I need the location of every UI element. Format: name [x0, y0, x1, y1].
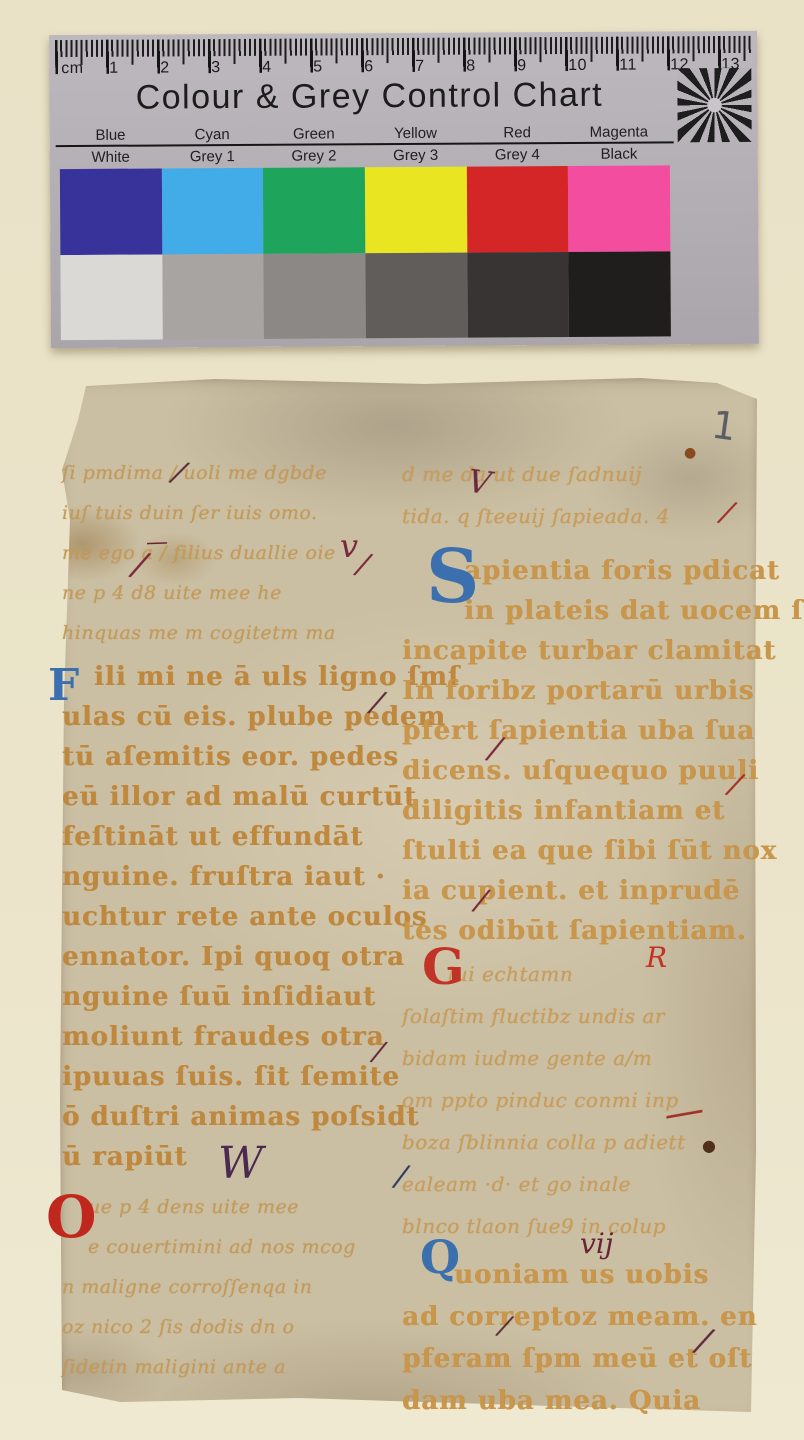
- manuscript-line: In foribz portarū urbis: [402, 676, 762, 716]
- manuscript-line: ili mi ne ā uls ligno ſmſ: [62, 662, 394, 702]
- manuscript-line: ad correptoz meam. en: [402, 1302, 762, 1344]
- ruler-number: 11: [619, 57, 637, 75]
- ruler-number: 9: [517, 57, 527, 75]
- grey-patch-row: [60, 251, 671, 340]
- manuscript-line: d me da ut due ſadnuij: [402, 462, 762, 504]
- color-patch-row: [60, 165, 671, 255]
- manuscript-line: ipuuas ſuis. ſit ſemite: [62, 1062, 394, 1102]
- color-patch-blue: [60, 168, 162, 255]
- manuscript-line: me ego a / filius duallie oie: [62, 542, 394, 582]
- ruler-number: 3: [211, 59, 221, 77]
- manuscript-line: uchtur rete ante oculos: [62, 902, 394, 942]
- ruler-number: 7: [415, 58, 425, 76]
- manuscript-line: dicens. uſquequo puuli: [402, 756, 762, 796]
- manuscript-line: incapite turbar clamitat: [402, 636, 762, 676]
- ruler-number: 4: [262, 59, 272, 77]
- colour-control-chart: cm 1 2 3 4 5 6 7 8 9 10 11 12 13 Colour …: [49, 31, 759, 348]
- grey-patch-3: [365, 253, 467, 339]
- grey-patch-black: [569, 251, 671, 337]
- color-patch-red: [467, 166, 569, 253]
- photograph-page: cm 1 2 3 4 5 6 7 8 9 10 11 12 13 Colour …: [0, 0, 804, 1440]
- grey-labels-row: White Grey 1 Grey 2 Grey 3 Grey 4 Black: [60, 145, 670, 167]
- illuminated-initial-Q: Q: [420, 1234, 460, 1280]
- manuscript-line: e couertimini ad nos mcog: [62, 1236, 394, 1276]
- color-label: Cyan: [161, 126, 263, 145]
- manuscript-line: ſolaſtim fluctibz undis ar: [402, 1004, 762, 1046]
- manuscript-line: ue p 4 dens uite mee: [62, 1196, 394, 1236]
- manuscript-line: nguine ſuū inſidiaut: [62, 982, 394, 1022]
- illuminated-initial-S: S: [426, 540, 479, 614]
- grey-label: Grey 3: [365, 147, 467, 166]
- grey-patch-white: [60, 254, 162, 340]
- manuscript-line: ſi pmdima / uoli me dgbde: [62, 462, 394, 502]
- manuscript-line: bidam iudme gente a/m: [402, 1046, 762, 1088]
- chart-title: Colour & Grey Control Chart: [49, 75, 689, 118]
- grey-label: Grey 4: [466, 146, 568, 165]
- ruler-number: 5: [313, 58, 323, 76]
- manuscript-line: boza ſblinnia colla p adiett: [402, 1130, 762, 1172]
- manuscript-line: ō duſtri animas poſsidt: [62, 1102, 394, 1142]
- manuscript-line: feſtināt ut effundāt: [62, 822, 394, 862]
- manuscript-line: hinquas me m cogitetm ma: [62, 622, 394, 662]
- manuscript-line: nguine. fruſtra iaut ·: [62, 862, 394, 902]
- color-label: Red: [466, 124, 568, 143]
- manuscript-line: pferam ſpm meū et oſt: [402, 1344, 762, 1386]
- color-label: Blue: [60, 126, 162, 145]
- manuscript-line: moliunt fraudes otra: [62, 1022, 394, 1062]
- illuminated-initial-O: O: [46, 1188, 97, 1246]
- color-patch-magenta: [568, 165, 670, 252]
- ruler-number: 1: [109, 60, 119, 78]
- manuscript-right-column: d me da ut due ſadnuij tida. q ſteeuij ſ…: [402, 462, 762, 1428]
- manuscript-line: ennator. Ipi quoq otra: [62, 942, 394, 982]
- grey-label: Grey 2: [263, 147, 365, 166]
- grey-label: White: [60, 148, 162, 167]
- manuscript-line: tū aſemitis eor. pedes: [62, 742, 394, 782]
- color-label: Green: [263, 125, 365, 144]
- grey-patch-1: [162, 254, 264, 340]
- color-patch-green: [263, 167, 365, 254]
- illuminated-initial-G: G: [422, 942, 465, 992]
- color-patch-yellow: [365, 167, 467, 254]
- siemens-star-icon: [677, 68, 751, 142]
- ruler-number: 10: [568, 57, 587, 75]
- manuscript-line: ne p 4 d8 uite mee he: [62, 582, 394, 622]
- color-label: Magenta: [568, 123, 670, 142]
- grey-label: Grey 1: [161, 148, 263, 167]
- manuscript-line: pfert ſapientia uba ſua: [402, 716, 762, 756]
- manuscript-line: ſtulti ea que ſibi ſūt nox: [402, 836, 762, 876]
- grey-label: Black: [568, 145, 670, 164]
- manuscript-left-column: ſi pmdima / uoli me dgbde iuſ tuis duin …: [62, 462, 394, 1396]
- ruler-number: 6: [364, 58, 374, 76]
- manuscript-line: ū rapiūt: [62, 1142, 394, 1182]
- manuscript-line: diligitis infantiam et: [402, 796, 762, 836]
- manuscript-line: ſidetin maligini ante a: [62, 1356, 394, 1396]
- grey-patch-4: [467, 252, 569, 338]
- manuscript-line: dam uba mea. Quia: [402, 1386, 762, 1428]
- manuscript-line: ia cupient. et inprudē: [402, 876, 762, 916]
- manuscript-line: om ppto pinduc conmi inp: [402, 1088, 762, 1130]
- ruler-number: 8: [466, 58, 476, 76]
- manuscript-line: ulas cū eis. plube pedem: [62, 702, 394, 742]
- manuscript-line: eū illor ad malū curtūt: [62, 782, 394, 822]
- ruler-unit-label: cm: [61, 60, 83, 78]
- manuscript-line: ealeam ·d· et go inale: [402, 1172, 762, 1214]
- manuscript-line: oz nico 2 ſis dodis dn o: [62, 1316, 394, 1356]
- color-patch-cyan: [162, 168, 264, 255]
- color-label: Yellow: [365, 125, 467, 144]
- manuscript-line: n maligne corroſſenqa in: [62, 1276, 394, 1316]
- illuminated-initial-F: F: [48, 664, 79, 708]
- manuscript-line: iuſ tuis duin ſer iuis omo.: [62, 502, 394, 542]
- ruler-number: 2: [160, 59, 170, 77]
- grey-patch-2: [264, 253, 366, 339]
